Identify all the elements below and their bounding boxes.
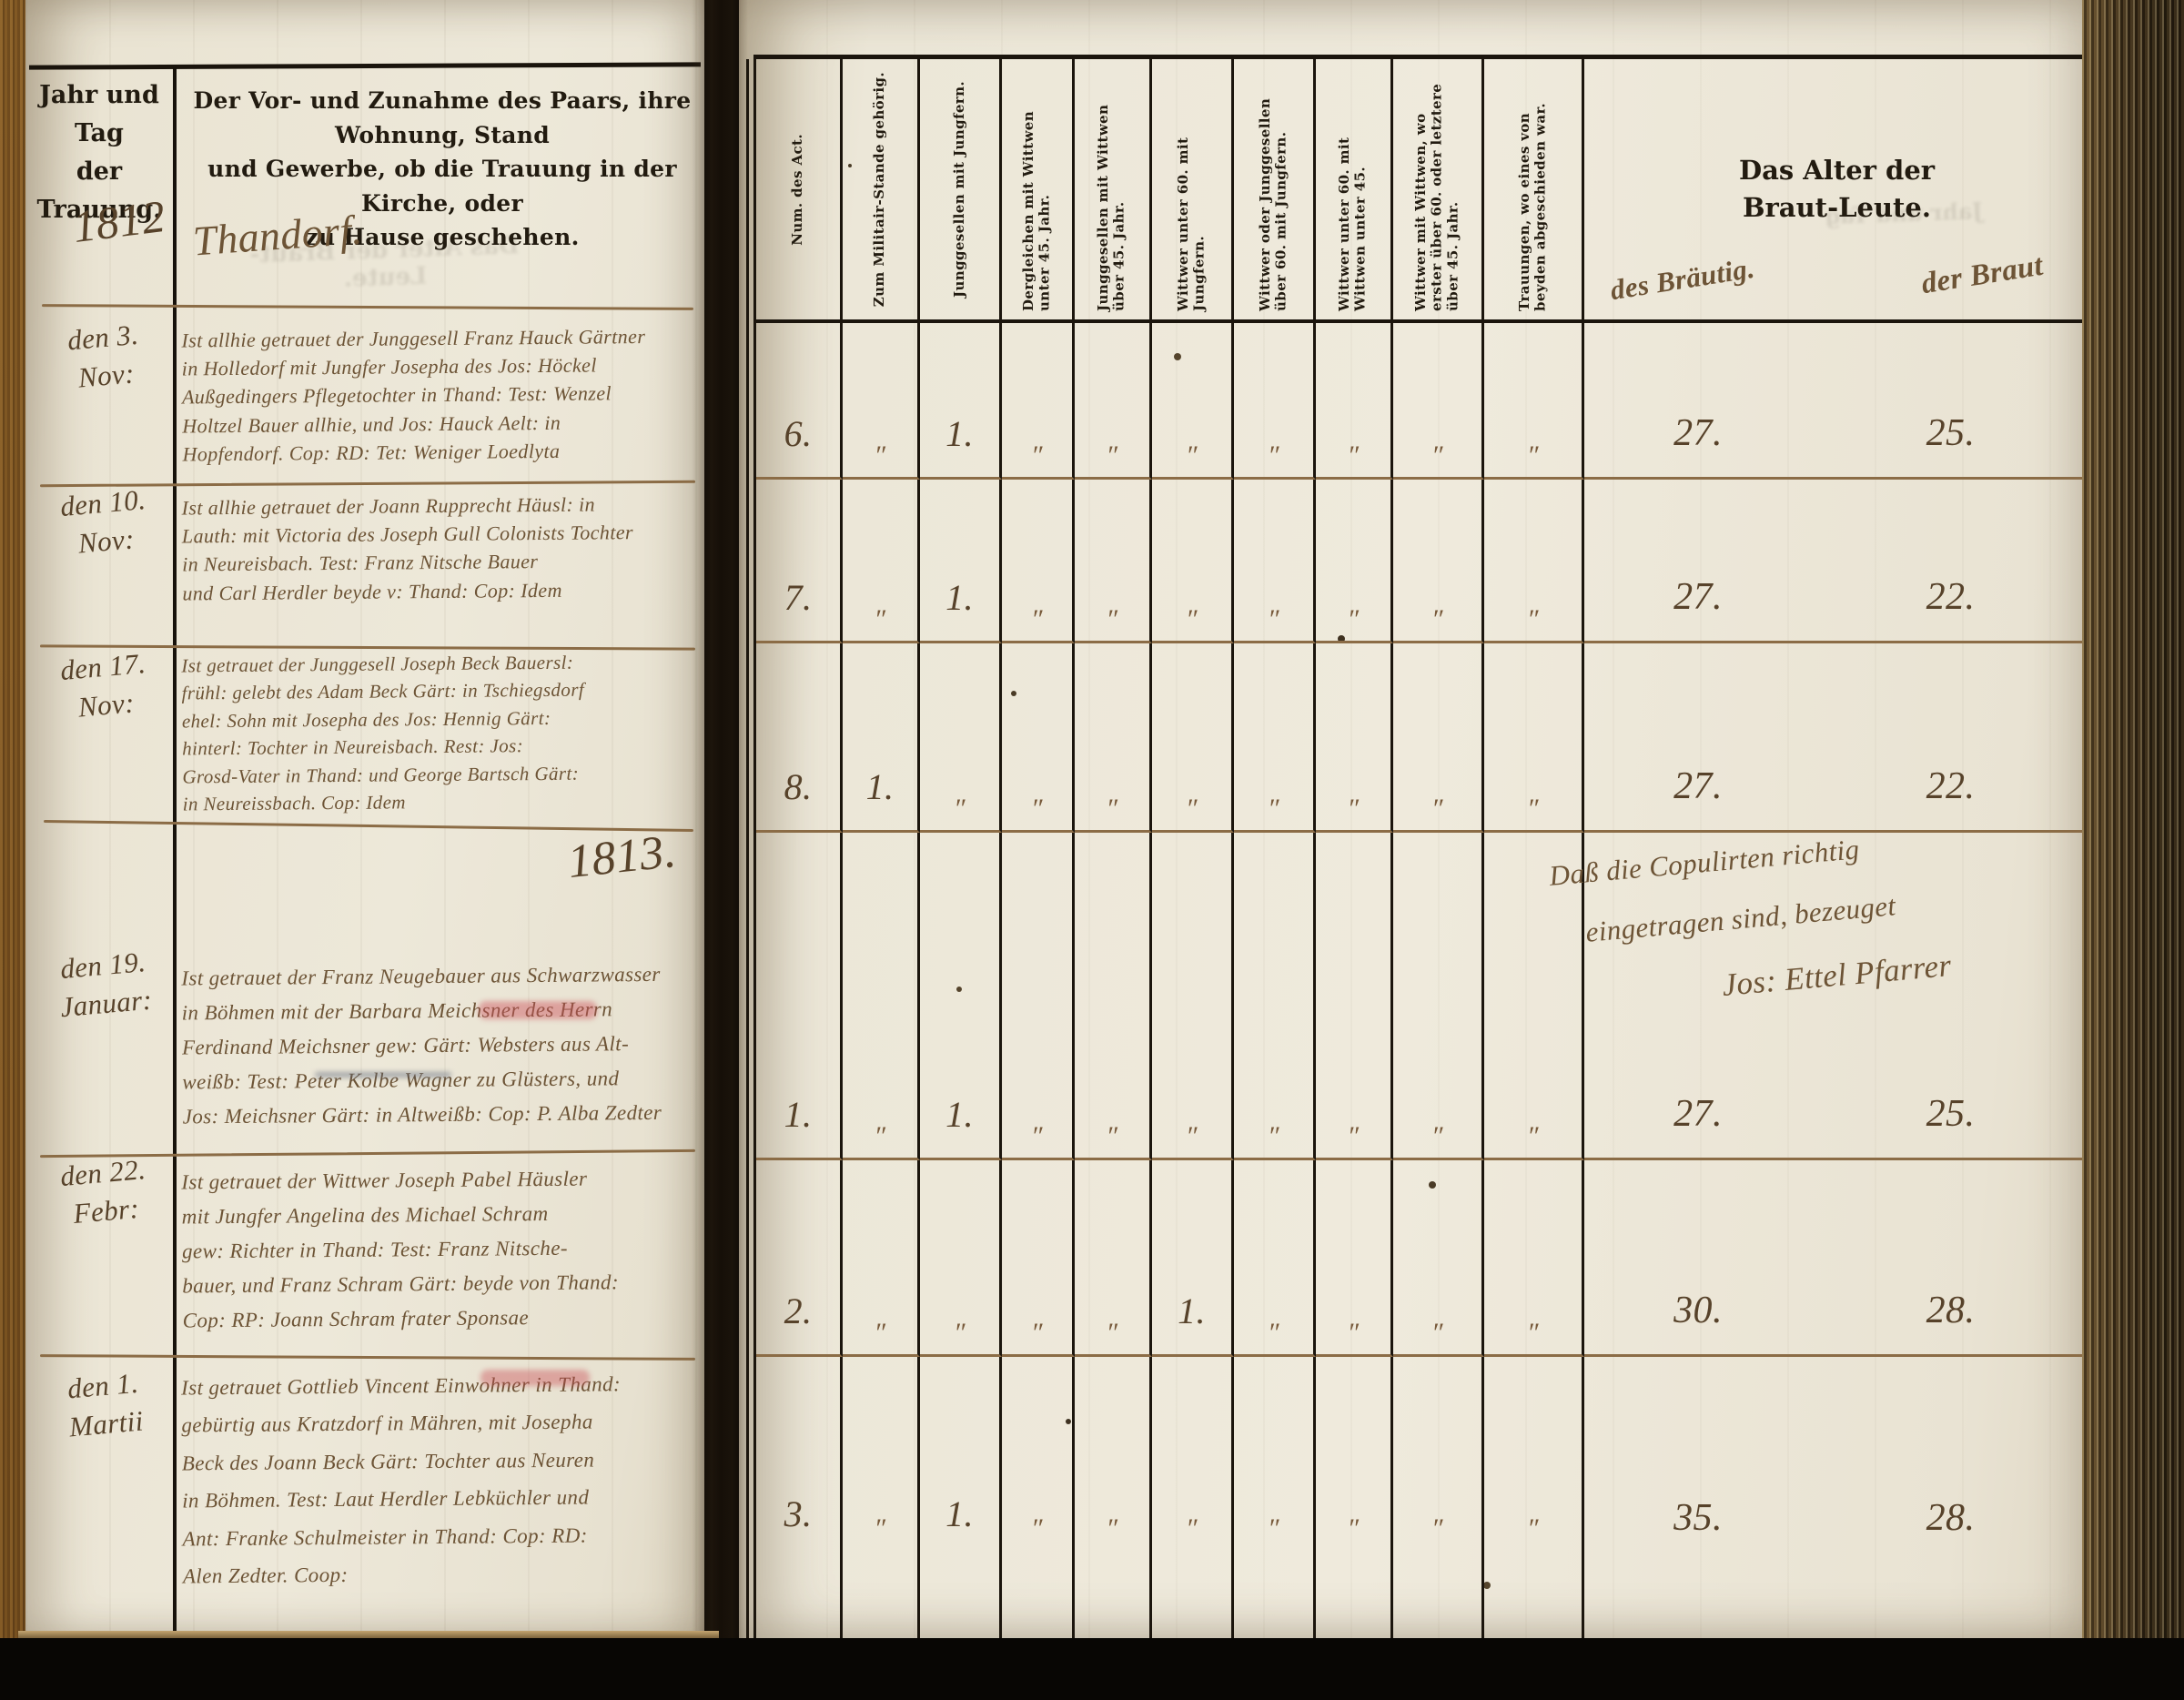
right-page: Jahr und Tag Num. des Act. Zum Militair-… [739, 0, 2091, 1640]
groom-age-cell: 27. [1584, 480, 1812, 643]
column-header-wittwer-mit-wittwen: Wittwer mit Wittwen, wo erster über 60. … [1393, 59, 1484, 323]
bride-age-cell: 28. [1812, 1357, 2089, 1640]
entry-text-line: in Böhmen mit der Barbara Meichsner des … [182, 991, 695, 1030]
entry-text-line: Ferdinand Meichsner gew: Gärt: Websters … [182, 1026, 695, 1065]
table-cell: 6. [756, 323, 843, 480]
entry-date: den 22. Febr: [35, 1149, 175, 1236]
statistics-table: Num. des Act. Zum Militair-Stande gehöri… [753, 55, 2089, 1640]
column-header-militair: Zum Militair-Stande gehörig. [843, 59, 920, 323]
table-cell: ″ [1075, 1160, 1152, 1357]
entry-text-line: Ant: Franke Schulmeister in Thand: Cop: … [182, 1515, 695, 1557]
entry-text-line: und Carl Herdler beyde v: Thand: Cop: Id… [182, 574, 695, 607]
table-cell: ″ [843, 323, 920, 480]
column-header-wittwer-unter-60-wittwen: Wittwer unter 60. mit Wittwen unter 45. [1316, 59, 1393, 323]
register-entry: den 19. Januar: Ist getrauet der Franz N… [25, 946, 701, 1152]
table-cell: ″ [1484, 323, 1584, 480]
entry-date: den 1. Martii [35, 1361, 175, 1449]
bride-age-cell: 28. [1812, 1160, 2089, 1357]
entry-text-line: mit Jungfer Angelina des Michael Schram [182, 1195, 695, 1234]
entry-text: Ist getrauet der Franz Neugebauer aus Sc… [181, 957, 696, 1135]
bride-age-cell: 25. [1812, 833, 2089, 1160]
table-cell: ″ [1234, 1160, 1316, 1357]
table-cell: ″ [1075, 643, 1152, 833]
year-1813-heading: 1813. [565, 825, 679, 889]
groom-age-cell: 27. [1584, 643, 1812, 833]
column-header-label: Num. des Act. [790, 134, 806, 246]
table-cell: ″ [1002, 323, 1075, 480]
header-line: und Gewerbe, ob die Trauung in der Kirch… [186, 152, 699, 220]
table-cell: ″ [1002, 480, 1075, 643]
column-header-label: Junggesellen mit Wittwen über 45. Jahr. [1096, 67, 1127, 311]
bride-age-cell: 22. [1812, 643, 2089, 833]
entry-date: den 10. Nov: [35, 479, 175, 566]
table-cell: ″ [920, 643, 1002, 833]
table-cell: ″ [1484, 643, 1584, 833]
header-line: Der Vor- und Zunahme des Paars, ihre Woh… [186, 84, 699, 152]
bride-age-subheader: der Braut [1919, 249, 2046, 302]
table-cell: ″ [1316, 1160, 1393, 1357]
table-cell: ″ [920, 1160, 1002, 1357]
bride-age-cell: 22. [1812, 480, 2089, 643]
entry-text-line: Alen Zedter. Coop: [183, 1553, 696, 1594]
entry-text-line: Jos: Meichsner Gärt: in Altweißb: Cop: P… [183, 1095, 696, 1134]
table-cell: ″ [1234, 643, 1316, 833]
table-cell: 7. [756, 480, 843, 643]
table-cell: ″ [1393, 643, 1484, 833]
scanned-marriage-register: Das Alter der Braut-Leute. Jahr und Tag … [0, 0, 2184, 1700]
column-header-label: Wittwer unter 60. mit Jungfern. [1176, 67, 1208, 311]
table-cell: ″ [1316, 1357, 1393, 1640]
entry-text-line: in Neureisbach. Test: Franz Nitsche Baue… [182, 546, 695, 579]
table-cell: ″ [1075, 323, 1152, 480]
table-cell: 3. [756, 1357, 843, 1640]
entry-text-line: in Holledorf mit Jungfer Josepha des Jos… [182, 350, 695, 383]
column-header-wittwer-unter-60-jungfern: Wittwer unter 60. mit Jungfern. [1152, 59, 1234, 323]
table-cell: 1. [920, 323, 1002, 480]
table-cell: ″ [1234, 1357, 1316, 1640]
entry-text-line: gew: Richter in Thand: Test: Franz Nitsc… [182, 1229, 695, 1269]
column-header-label: Zum Militair-Stande gehörig. [872, 72, 888, 307]
table-cell: 8. [756, 643, 843, 833]
table-cell: ″ [843, 833, 920, 1160]
column-header-ages: Das Alter der Braut-Leute. des Bräutig. … [1584, 59, 2089, 323]
table-cell: ″ [1075, 480, 1152, 643]
column-header-label: Junggesellen mit Jungfern. [952, 81, 968, 298]
column-header-mit-wittwen-ueber-45: Junggesellen mit Wittwen über 45. Jahr. [1075, 59, 1152, 323]
table-cell: 1. [920, 480, 1002, 643]
table-cell: ″ [1484, 1357, 1584, 1640]
table-cell: ″ [843, 480, 920, 643]
table-cell: ″ [1152, 323, 1234, 480]
column-header-mit-wittwen-unter-45: Dergleichen mit Wittwen unter 45. Jahr. [1002, 59, 1075, 323]
table-cell: ″ [1234, 480, 1316, 643]
column-header-label: Trauungen, wo eines von beyden abgeschie… [1517, 67, 1549, 311]
register-entry: den 3. Nov: Ist allhie getrauet der Jung… [25, 319, 701, 482]
grey-ink-strike [315, 1072, 451, 1078]
entry-text-line: hinterl: Tochter in Neureisbach. Rest: J… [182, 731, 695, 763]
groom-age-subheader: des Bräutig. [1608, 252, 1757, 308]
entry-text: Ist getrauet der Wittwer Joseph Pabel Hä… [181, 1161, 696, 1339]
entry-text-line: in Böhmen. Test: Laut Herdler Lebküchler… [182, 1478, 695, 1520]
table-cell: ″ [1484, 1160, 1584, 1357]
column-header-label: Wittwer unter 60. mit Wittwen unter 45. [1337, 67, 1369, 311]
year-1812: 1812 [70, 189, 168, 253]
entry-date: den 19. Januar: [35, 941, 175, 1028]
table-cell: ″ [1393, 833, 1484, 1160]
entry-text-line: Ist getrauet der Franz Neugebauer aus Sc… [181, 957, 694, 997]
entry-text-line: in Neureissbach. Cop: Idem [183, 786, 696, 818]
table-cell: ″ [1002, 643, 1075, 833]
entry-text-line: Ist allhie getrauet der Joann Rupprecht … [181, 490, 694, 522]
entry-text-line: Ist getrauet der Junggesell Joseph Beck … [181, 648, 694, 680]
table-cell: ″ [1316, 833, 1393, 1160]
entry-text: Ist allhie getrauet der Junggesell Franz… [181, 322, 695, 469]
table-cell: ″ [1234, 323, 1316, 480]
column-header-label: Wittwer mit Wittwen, wo erster über 60. … [1413, 67, 1461, 311]
table-cell: ″ [1002, 833, 1075, 1160]
entry-date: den 3. Nov: [35, 313, 175, 400]
table-cell: ″ [843, 1357, 920, 1640]
table-cell: ″ [1316, 643, 1393, 833]
table-cell: 1. [756, 833, 843, 1160]
table-cell: ″ [1075, 833, 1152, 1160]
entry-text-line: Ist allhie getrauet der Junggesell Franz… [181, 322, 694, 355]
left-page: Das Alter der Braut-Leute. Jahr und Tag … [25, 0, 704, 1640]
entry-text-line: Holtzel Bauer allhie, und Jos: Hauck Ael… [182, 407, 695, 440]
table-cell: ″ [1152, 1357, 1234, 1640]
table-cell: ″ [1484, 480, 1584, 643]
header-line: der [25, 153, 173, 191]
table-cell: ″ [1393, 323, 1484, 480]
table-cell: 1. [1152, 1160, 1234, 1357]
entry-text-line: ehel: Sohn mit Josepha des Jos: Hennig G… [182, 703, 695, 734]
entry-text: Ist allhie getrauet der Joann Rupprecht … [181, 490, 695, 608]
column-header-num-des-act: Num. des Act. [756, 59, 843, 323]
entry-date: den 17. Nov: [35, 643, 175, 730]
entry-text: Ist getrauet Gottlieb Vincent Einwohner … [181, 1365, 696, 1595]
table-cell: ″ [1393, 480, 1484, 643]
red-ink-smudge [479, 1001, 597, 1019]
table-cell: ″ [1152, 480, 1234, 643]
red-ink-smudge [480, 1370, 590, 1386]
column-header-label: Dergleichen mit Wittwen unter 45. Jahr. [1021, 67, 1053, 311]
table-cell: ″ [1002, 1357, 1075, 1640]
entry-text-line: Lauth: mit Victoria des Joseph Gull Colo… [182, 518, 695, 551]
book-binding-edge [2082, 0, 2184, 1700]
entry-text-line: weißb: Test: Peter Kolbe Wagner zu Glüst… [182, 1060, 695, 1099]
register-entry: den 17. Nov: Ist getrauet der Junggesell… [25, 648, 701, 825]
entry-text-line: Hopfendorf. Cop: RD: Tet: Weniger Loedly… [182, 435, 695, 468]
header-line: Jahr und Tag [25, 76, 173, 153]
entry-text-line: Cop: RP: Joann Schram frater Sponsae [183, 1299, 696, 1338]
bride-age-cell: 25. [1812, 323, 2089, 480]
entry-text-line: gebürtig aus Kratzdorf in Mähren, mit Jo… [181, 1402, 694, 1444]
entry-text-line: Ist getrauet der Wittwer Joseph Pabel Hä… [181, 1161, 694, 1200]
table-cell: 1. [843, 643, 920, 833]
entry-text-line: Außgedingers Pflegetochter in Thand: Tes… [182, 379, 695, 411]
row-separator [42, 304, 693, 310]
column-header-label: Wittwer oder Junggesellen über 60. mit J… [1258, 67, 1289, 311]
entry-text-line: bauer, und Franz Schram Gärt: beyde von … [182, 1264, 695, 1303]
table-cell: ″ [1393, 1160, 1484, 1357]
column-header-geschiedene: Trauungen, wo eines von beyden abgeschie… [1484, 59, 1584, 323]
entry-text-line: Grosd-Vater in Thand: und George Bartsch… [182, 758, 695, 790]
groom-age-cell: 30. [1584, 1160, 1812, 1357]
scan-background-bottom [0, 1638, 2184, 1700]
table-cell: 1. [920, 833, 1002, 1160]
age-header-title: Das Alter der Braut-Leute. [1687, 152, 1987, 226]
table-cell: ″ [1152, 643, 1234, 833]
groom-age-cell: 35. [1584, 1357, 1812, 1640]
table-cell: ″ [1393, 1357, 1484, 1640]
entry-text-line: Ist getrauet Gottlieb Vincent Einwohner … [181, 1365, 694, 1407]
page-top-rule [29, 62, 701, 69]
groom-age-cell: 27. [1584, 323, 1812, 480]
book-gutter-shadow [692, 0, 748, 1647]
table-cell: ″ [843, 1160, 920, 1357]
register-entry: den 22. Febr: Ist getrauet der Wittwer J… [25, 1154, 701, 1356]
register-entry: den 10. Nov: Ist allhie getrauet der Joa… [25, 484, 701, 646]
table-cell: ″ [1234, 833, 1316, 1160]
table-cell: ″ [1316, 480, 1393, 643]
table-cell: ″ [1152, 833, 1234, 1160]
register-entry: den 1. Martii Ist getrauet Gottlieb Vinc… [25, 1358, 701, 1631]
table-cell: 1. [920, 1357, 1002, 1640]
table-cell: ″ [1002, 1160, 1075, 1357]
entry-text: Ist getrauet der Junggesell Joseph Beck … [181, 648, 696, 819]
column-header-junggesellen-jungfern: Junggesellen mit Jungfern. [920, 59, 1002, 323]
entry-text-line: Beck des Joann Beck Gärt: Tochter aus Ne… [182, 1440, 695, 1482]
table-cell: 2. [756, 1160, 843, 1357]
column-header-wittwer-ueber-60-jungfern: Wittwer oder Junggesellen über 60. mit J… [1234, 59, 1316, 323]
entry-text-line: frühl: gelebt des Adam Beck Gärt: in Tsc… [181, 675, 694, 707]
table-cell: ″ [1316, 323, 1393, 480]
table-cell: ″ [1075, 1357, 1152, 1640]
